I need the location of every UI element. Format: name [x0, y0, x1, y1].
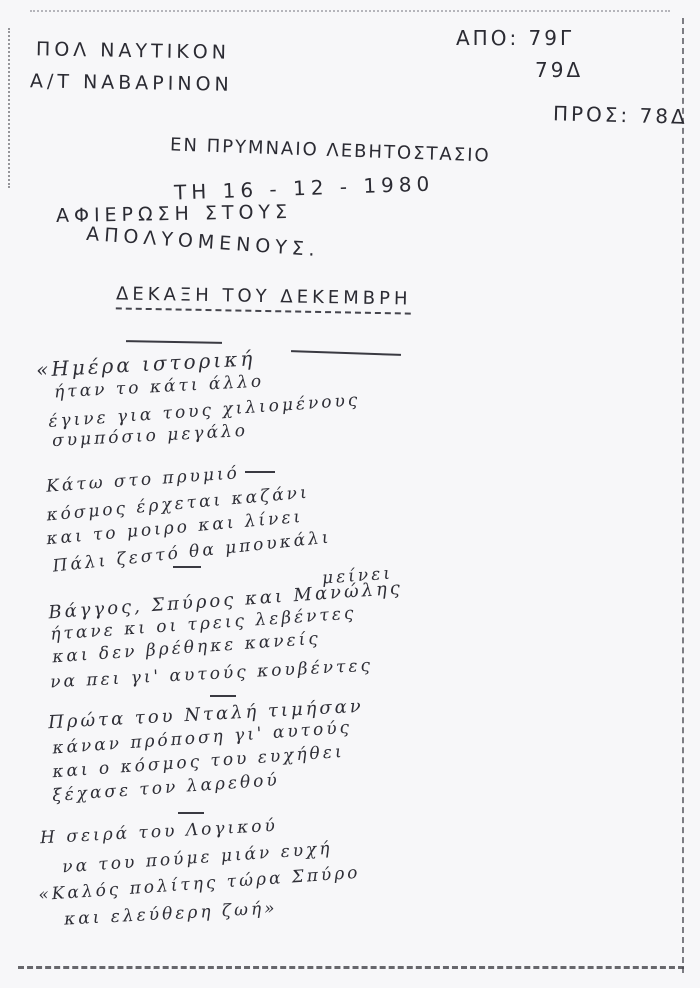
stanza-separator — [245, 471, 275, 473]
dedication-line-2: ΑΠΟΛΥΟΜΕΝΟΥΣ. — [86, 223, 321, 261]
decorative-border-left — [8, 28, 13, 188]
from-label-2: 79Δ — [535, 58, 583, 82]
decorative-border-top — [30, 10, 670, 18]
decorative-border-bottom — [18, 966, 684, 977]
sender-ship: Α/Τ ΝΑΒΑΡΙΝΟΝ — [30, 70, 233, 96]
decorative-border-right — [682, 18, 688, 973]
date-line: ΤΗ 16 - 12 - 1980 — [174, 171, 435, 204]
from-label: ΑΠΟ: 79Γ — [456, 26, 574, 50]
location-line: ΕΝ ΠΡΥΜΝΑΙΟ ΛΕΒΗΤΟΣΤΑΣΙΟ — [170, 134, 491, 166]
scanned-letter-page: ΠΟΛ ΝΑΥΤΙΚΟΝ Α/Τ ΝΑΒΑΡΙΝΟΝ ΑΠΟ: 79Γ 79Δ … — [0, 0, 700, 988]
title-underline-right — [291, 350, 401, 356]
stanza-separator — [173, 566, 201, 568]
poem-line: Η σειρά του Λογικού — [40, 816, 279, 848]
stanza-separator — [178, 812, 204, 814]
poem-title: ΔΕΚΑΞΗ ΤΟΥ ΔΕΚΕΜΒΡΗ — [116, 283, 412, 314]
to-label: ΠΡΟΣ: 78Δ — [553, 101, 688, 129]
poem-line: και ελεύθερη ζωή» — [64, 898, 278, 929]
sender-unit: ΠΟΛ ΝΑΥΤΙΚΟΝ — [36, 38, 230, 63]
stanza-separator — [210, 695, 236, 697]
title-underline-left — [126, 340, 222, 344]
